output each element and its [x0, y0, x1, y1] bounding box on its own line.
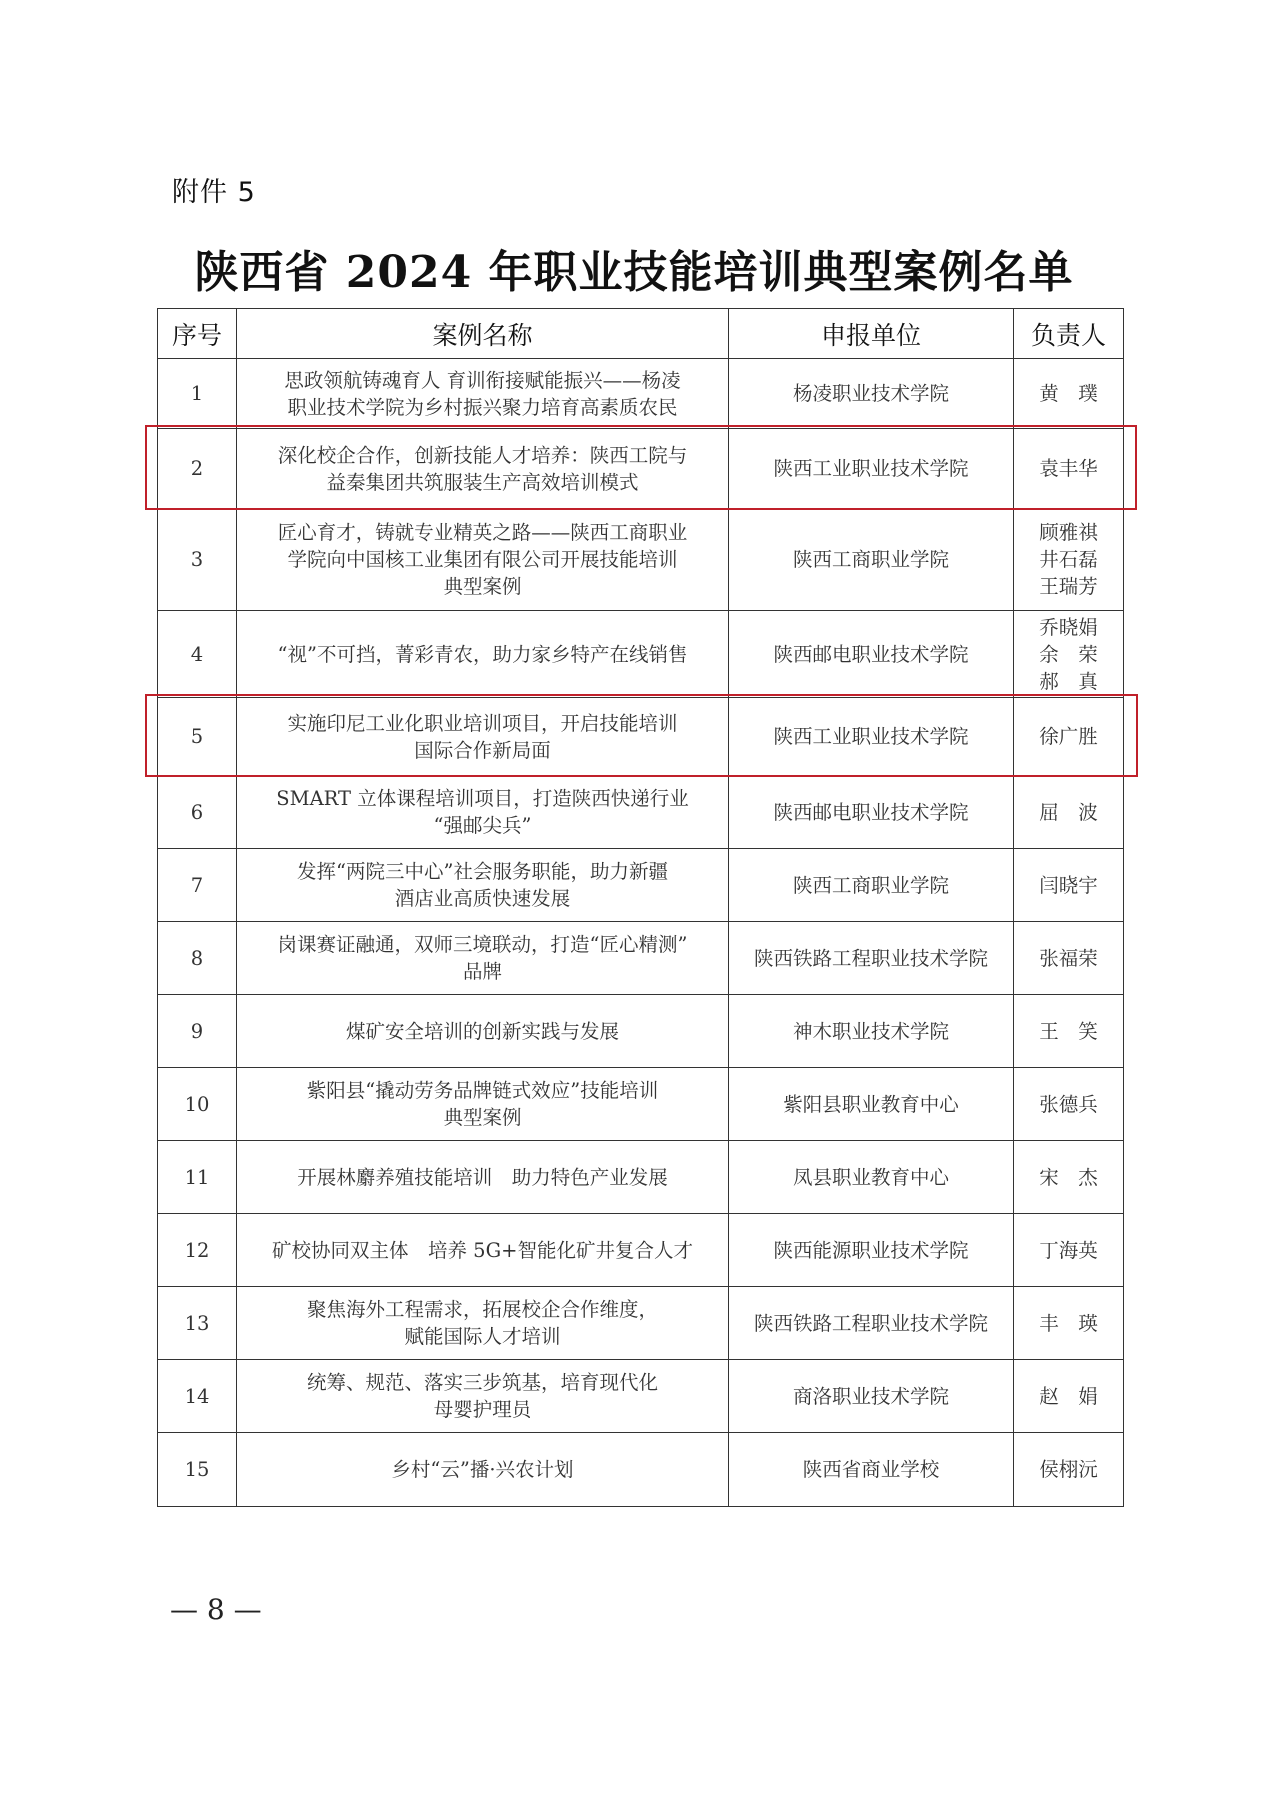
cell-person-in-charge: 黄 璞 — [1014, 359, 1124, 429]
cell-reporting-unit: 陕西工商职业学院 — [729, 509, 1014, 611]
table-row: 8岗课赛证融通，双师三境联动，打造“匠心精测”品牌陕西铁路工程职业技术学院张福荣 — [158, 922, 1124, 995]
case-name-line: 深化校企合作，创新技能人才培养：陕西工院与 — [243, 442, 722, 469]
person-name: 顾雅祺 — [1020, 519, 1117, 546]
table-row: 7发挥“两院三中心”社会服务职能，助力新疆酒店业高质快速发展陕西工商职业学院闫晓… — [158, 849, 1124, 922]
cell-case-name: SMART 立体课程培训项目，打造陕西快递行业“强邮尖兵” — [237, 776, 729, 849]
case-name-line: 发挥“两院三中心”社会服务职能，助力新疆 — [243, 858, 722, 885]
cell-person-in-charge: 张德兵 — [1014, 1068, 1124, 1141]
person-name: 徐广胜 — [1020, 723, 1117, 750]
cell-reporting-unit: 陕西工商职业学院 — [729, 849, 1014, 922]
table-body: 1思政领航铸魂育人 育训衔接赋能振兴——杨凌职业技术学院为乡村振兴聚力培育高素质… — [158, 359, 1124, 1507]
person-name: 袁丰华 — [1020, 455, 1117, 482]
cell-person-in-charge: 屈 波 — [1014, 776, 1124, 849]
case-name-line: 统筹、规范、落实三步筑基，培育现代化 — [243, 1369, 722, 1396]
cell-person-in-charge: 丰 瑛 — [1014, 1287, 1124, 1360]
cell-case-name: 深化校企合作，创新技能人才培养：陕西工院与益秦集团共筑服装生产高效培训模式 — [237, 429, 729, 509]
cell-person-in-charge: 闫晓宇 — [1014, 849, 1124, 922]
case-name-line: SMART 立体课程培训项目，打造陕西快递行业 — [243, 785, 722, 812]
cell-serial-number: 11 — [158, 1141, 237, 1214]
cell-serial-number: 9 — [158, 995, 237, 1068]
cell-reporting-unit: 陕西铁路工程职业技术学院 — [729, 1287, 1014, 1360]
case-name-line: 酒店业高质快速发展 — [243, 885, 722, 912]
cell-reporting-unit: 神木职业技术学院 — [729, 995, 1014, 1068]
table-header-row: 序号 案例名称 申报单位 负责人 — [158, 309, 1124, 359]
cell-serial-number: 2 — [158, 429, 237, 509]
case-name-line: 赋能国际人才培训 — [243, 1323, 722, 1350]
case-name-line: 乡村“云”播·兴农计划 — [243, 1456, 722, 1483]
cell-person-in-charge: 乔晓娟余 荣郝 真 — [1014, 611, 1124, 698]
table-row: 6SMART 立体课程培训项目，打造陕西快递行业“强邮尖兵”陕西邮电职业技术学院… — [158, 776, 1124, 849]
person-name: 王 笑 — [1020, 1018, 1117, 1045]
person-name: 王瑞芳 — [1020, 573, 1117, 600]
table-row: 2深化校企合作，创新技能人才培养：陕西工院与益秦集团共筑服装生产高效培训模式陕西… — [158, 429, 1124, 509]
cell-reporting-unit: 陕西邮电职业技术学院 — [729, 611, 1014, 698]
case-name-line: 学院向中国核工业集团有限公司开展技能培训 — [243, 546, 722, 573]
header-reporting-unit: 申报单位 — [729, 309, 1014, 359]
cell-case-name: 发挥“两院三中心”社会服务职能，助力新疆酒店业高质快速发展 — [237, 849, 729, 922]
cell-serial-number: 4 — [158, 611, 237, 698]
person-name: 郝 真 — [1020, 668, 1117, 695]
case-name-line: 开展林麝养殖技能培训 助力特色产业发展 — [243, 1164, 722, 1191]
person-name: 乔晓娟 — [1020, 614, 1117, 641]
person-name: 屈 波 — [1020, 799, 1117, 826]
cell-serial-number: 1 — [158, 359, 237, 429]
cell-serial-number: 13 — [158, 1287, 237, 1360]
cell-serial-number: 7 — [158, 849, 237, 922]
cell-serial-number: 14 — [158, 1360, 237, 1433]
person-name: 张福荣 — [1020, 945, 1117, 972]
cell-reporting-unit: 陕西工业职业技术学院 — [729, 698, 1014, 776]
cell-case-name: 实施印尼工业化职业培训项目，开启技能培训国际合作新局面 — [237, 698, 729, 776]
case-name-line: “视”不可挡，菁彩青农，助力家乡特产在线销售 — [243, 641, 722, 668]
cell-person-in-charge: 徐广胜 — [1014, 698, 1124, 776]
case-name-line: 聚焦海外工程需求，拓展校企合作维度， — [243, 1296, 722, 1323]
table-row: 3匠心育才，铸就专业精英之路——陕西工商职业学院向中国核工业集团有限公司开展技能… — [158, 509, 1124, 611]
cell-reporting-unit: 陕西工业职业技术学院 — [729, 429, 1014, 509]
person-name: 赵 娟 — [1020, 1383, 1117, 1410]
table-row: 14统筹、规范、落实三步筑基，培育现代化母婴护理员商洛职业技术学院赵 娟 — [158, 1360, 1124, 1433]
cell-reporting-unit: 陕西邮电职业技术学院 — [729, 776, 1014, 849]
attachment-label: 附件 5 — [172, 170, 256, 209]
cell-case-name: 匠心育才，铸就专业精英之路——陕西工商职业学院向中国核工业集团有限公司开展技能培… — [237, 509, 729, 611]
case-name-line: 益秦集团共筑服装生产高效培训模式 — [243, 469, 722, 496]
case-name-line: 岗课赛证融通，双师三境联动，打造“匠心精测” — [243, 931, 722, 958]
person-name: 余 荣 — [1020, 641, 1117, 668]
table-row: 4“视”不可挡，菁彩青农，助力家乡特产在线销售陕西邮电职业技术学院乔晓娟余 荣郝… — [158, 611, 1124, 698]
table-row: 5实施印尼工业化职业培训项目，开启技能培训国际合作新局面陕西工业职业技术学院徐广… — [158, 698, 1124, 776]
header-case-name: 案例名称 — [237, 309, 729, 359]
person-name: 张德兵 — [1020, 1091, 1117, 1118]
case-name-line: 品牌 — [243, 958, 722, 985]
case-name-line: 典型案例 — [243, 1104, 722, 1131]
table-row: 10紫阳县“撬动劳务品牌链式效应”技能培训典型案例紫阳县职业教育中心张德兵 — [158, 1068, 1124, 1141]
cell-case-name: 岗课赛证融通，双师三境联动，打造“匠心精测”品牌 — [237, 922, 729, 995]
cell-case-name: 乡村“云”播·兴农计划 — [237, 1433, 729, 1507]
case-name-line: 矿校协同双主体 培养 5G+智能化矿井复合人才 — [243, 1237, 722, 1264]
person-name: 闫晓宇 — [1020, 872, 1117, 899]
cell-case-name: 思政领航铸魂育人 育训衔接赋能振兴——杨凌职业技术学院为乡村振兴聚力培育高素质农… — [237, 359, 729, 429]
cell-person-in-charge: 张福荣 — [1014, 922, 1124, 995]
cell-person-in-charge: 侯栩沅 — [1014, 1433, 1124, 1507]
person-name: 丰 瑛 — [1020, 1310, 1117, 1337]
case-list-table: 序号 案例名称 申报单位 负责人 1思政领航铸魂育人 育训衔接赋能振兴——杨凌职… — [157, 308, 1124, 1507]
cell-case-name: 矿校协同双主体 培养 5G+智能化矿井复合人才 — [237, 1214, 729, 1287]
cell-person-in-charge: 王 笑 — [1014, 995, 1124, 1068]
case-name-line: 紫阳县“撬动劳务品牌链式效应”技能培训 — [243, 1077, 722, 1104]
cell-case-name: 聚焦海外工程需求，拓展校企合作维度，赋能国际人才培训 — [237, 1287, 729, 1360]
person-name: 黄 璞 — [1020, 380, 1117, 407]
cell-serial-number: 5 — [158, 698, 237, 776]
cell-case-name: 煤矿安全培训的创新实践与发展 — [237, 995, 729, 1068]
cell-serial-number: 6 — [158, 776, 237, 849]
case-name-line: 母婴护理员 — [243, 1396, 722, 1423]
document-title: 陕西省 2024 年职业技能培训典型案例名单 — [0, 236, 1268, 300]
case-name-line: “强邮尖兵” — [243, 812, 722, 839]
person-name: 侯栩沅 — [1020, 1456, 1117, 1483]
case-name-line: 国际合作新局面 — [243, 737, 722, 764]
cell-serial-number: 8 — [158, 922, 237, 995]
person-name: 丁海英 — [1020, 1237, 1117, 1264]
cell-reporting-unit: 紫阳县职业教育中心 — [729, 1068, 1014, 1141]
header-person-in-charge: 负责人 — [1014, 309, 1124, 359]
cell-case-name: 紫阳县“撬动劳务品牌链式效应”技能培训典型案例 — [237, 1068, 729, 1141]
cell-reporting-unit: 陕西能源职业技术学院 — [729, 1214, 1014, 1287]
case-name-line: 思政领航铸魂育人 育训衔接赋能振兴——杨凌 — [243, 367, 722, 394]
case-name-line: 煤矿安全培训的创新实践与发展 — [243, 1018, 722, 1045]
case-name-line: 典型案例 — [243, 573, 722, 600]
cell-case-name: 开展林麝养殖技能培训 助力特色产业发展 — [237, 1141, 729, 1214]
cell-serial-number: 3 — [158, 509, 237, 611]
table-row: 12矿校协同双主体 培养 5G+智能化矿井复合人才陕西能源职业技术学院丁海英 — [158, 1214, 1124, 1287]
cell-person-in-charge: 袁丰华 — [1014, 429, 1124, 509]
case-name-line: 匠心育才，铸就专业精英之路——陕西工商职业 — [243, 519, 722, 546]
cell-serial-number: 15 — [158, 1433, 237, 1507]
cell-reporting-unit: 杨凌职业技术学院 — [729, 359, 1014, 429]
header-serial-number: 序号 — [158, 309, 237, 359]
page-number: — 8 — — [170, 1593, 262, 1626]
cell-person-in-charge: 宋 杰 — [1014, 1141, 1124, 1214]
table-row: 13聚焦海外工程需求，拓展校企合作维度，赋能国际人才培训陕西铁路工程职业技术学院… — [158, 1287, 1124, 1360]
cell-case-name: “视”不可挡，菁彩青农，助力家乡特产在线销售 — [237, 611, 729, 698]
person-name: 井石磊 — [1020, 546, 1117, 573]
table-row: 15乡村“云”播·兴农计划陕西省商业学校侯栩沅 — [158, 1433, 1124, 1507]
cell-serial-number: 12 — [158, 1214, 237, 1287]
cell-reporting-unit: 陕西省商业学校 — [729, 1433, 1014, 1507]
cell-case-name: 统筹、规范、落实三步筑基，培育现代化母婴护理员 — [237, 1360, 729, 1433]
person-name: 宋 杰 — [1020, 1164, 1117, 1191]
case-name-line: 实施印尼工业化职业培训项目，开启技能培训 — [243, 710, 722, 737]
cell-reporting-unit: 陕西铁路工程职业技术学院 — [729, 922, 1014, 995]
cell-serial-number: 10 — [158, 1068, 237, 1141]
table-row: 1思政领航铸魂育人 育训衔接赋能振兴——杨凌职业技术学院为乡村振兴聚力培育高素质… — [158, 359, 1124, 429]
table-row: 9煤矿安全培训的创新实践与发展神木职业技术学院王 笑 — [158, 995, 1124, 1068]
case-name-line: 职业技术学院为乡村振兴聚力培育高素质农民 — [243, 394, 722, 421]
cell-reporting-unit: 商洛职业技术学院 — [729, 1360, 1014, 1433]
cell-person-in-charge: 顾雅祺井石磊王瑞芳 — [1014, 509, 1124, 611]
cell-person-in-charge: 丁海英 — [1014, 1214, 1124, 1287]
cell-reporting-unit: 凤县职业教育中心 — [729, 1141, 1014, 1214]
cell-person-in-charge: 赵 娟 — [1014, 1360, 1124, 1433]
table-row: 11开展林麝养殖技能培训 助力特色产业发展凤县职业教育中心宋 杰 — [158, 1141, 1124, 1214]
